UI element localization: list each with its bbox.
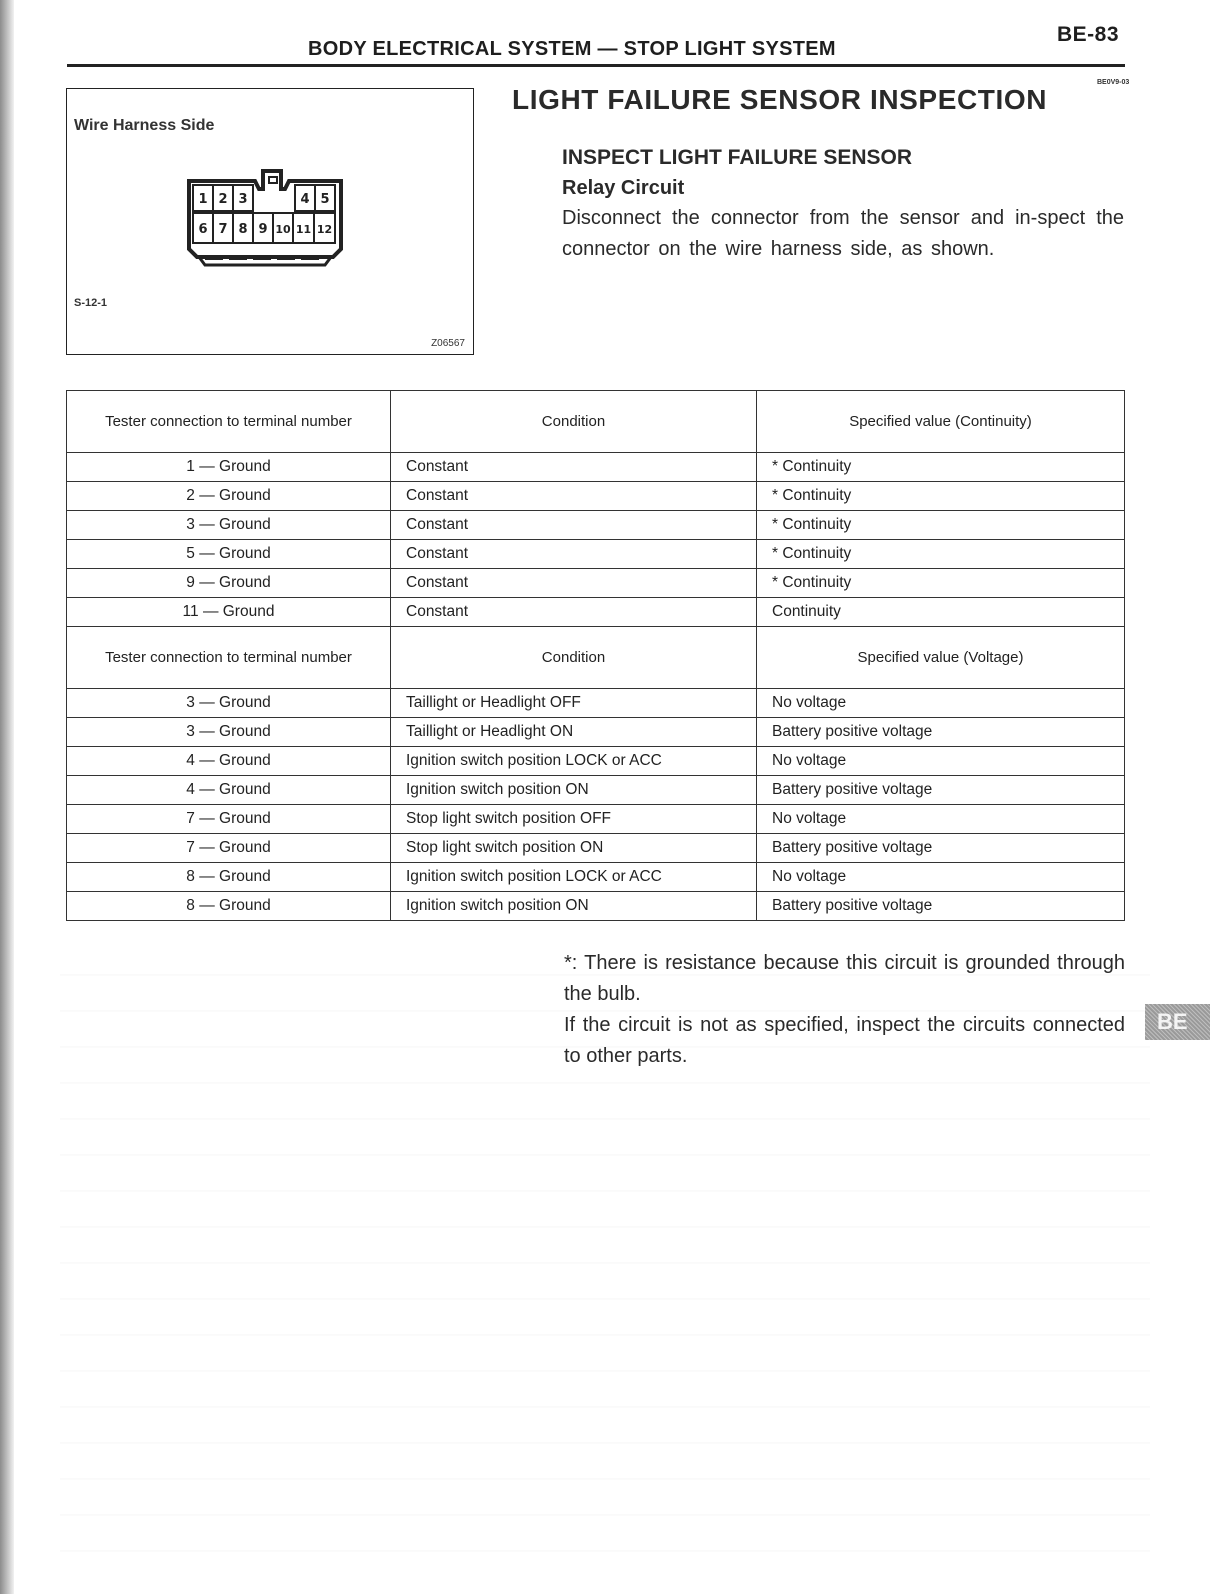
note-instruction: If the circuit is not as specified, insp… xyxy=(564,1010,1125,1072)
svg-text:10: 10 xyxy=(275,223,291,236)
notes: *: There is resistance because this circ… xyxy=(564,948,1125,1072)
terminal-cell: 4 — Ground xyxy=(67,776,391,805)
terminal-cell: 11 — Ground xyxy=(67,598,391,627)
instructions-text: Disconnect the connector from the sensor… xyxy=(562,203,1124,264)
condition-cell: Constant xyxy=(391,569,757,598)
table-row: 7 — GroundStop light switch position OFF… xyxy=(67,805,1125,834)
specified-value-cell: Battery positive voltage xyxy=(757,892,1125,921)
table-row: 1 — GroundConstant* Continuity xyxy=(67,453,1125,482)
connector-diagram-icon: 123456789101112 xyxy=(185,169,345,269)
table-row: 8 — GroundIgnition switch position ONBat… xyxy=(67,892,1125,921)
main-title: LIGHT FAILURE SENSOR INSPECTION xyxy=(512,84,1047,116)
svg-text:4: 4 xyxy=(300,192,309,207)
figure-title: Wire Harness Side xyxy=(74,117,214,135)
svg-text:3: 3 xyxy=(238,192,247,207)
specified-value-cell: No voltage xyxy=(757,689,1125,718)
svg-text:12: 12 xyxy=(317,223,332,236)
book-spine-shadow xyxy=(0,0,14,1594)
terminal-cell: 3 — Ground xyxy=(67,511,391,540)
terminal-cell: 3 — Ground xyxy=(67,689,391,718)
terminal-cell: 8 — Ground xyxy=(67,892,391,921)
svg-text:8: 8 xyxy=(238,222,247,237)
page-number: BE-83 xyxy=(1057,23,1119,47)
table-header-row: Tester connection to terminal numberCond… xyxy=(67,391,1125,453)
figure-code: Z06567 xyxy=(431,338,465,349)
specified-value-cell: Continuity xyxy=(757,598,1125,627)
table-row: 4 — GroundIgnition switch position LOCK … xyxy=(67,747,1125,776)
specified-value-cell: * Continuity xyxy=(757,453,1125,482)
column-header: Specified value (Voltage) xyxy=(757,627,1125,689)
column-header: Specified value (Continuity) xyxy=(757,391,1125,453)
svg-text:6: 6 xyxy=(198,222,207,237)
terminal-cell: 5 — Ground xyxy=(67,540,391,569)
table-header-row: Tester connection to terminal numberCond… xyxy=(67,627,1125,689)
column-header: Tester connection to terminal number xyxy=(67,627,391,689)
column-header: Condition xyxy=(391,391,757,453)
table-row: 9 — GroundConstant* Continuity xyxy=(67,569,1125,598)
svg-text:5: 5 xyxy=(320,192,329,207)
svg-text:7: 7 xyxy=(218,222,227,237)
specified-value-cell: Battery positive voltage xyxy=(757,718,1125,747)
table-row: 3 — GroundTaillight or Headlight ONBatte… xyxy=(67,718,1125,747)
condition-cell: Stop light switch position OFF xyxy=(391,805,757,834)
terminal-cell: 7 — Ground xyxy=(67,805,391,834)
specified-value-cell: Battery positive voltage xyxy=(757,834,1125,863)
svg-text:9: 9 xyxy=(258,222,267,237)
table-row: 3 — GroundTaillight or Headlight OFFNo v… xyxy=(67,689,1125,718)
table-row: 5 — GroundConstant* Continuity xyxy=(67,540,1125,569)
specified-value-cell: * Continuity xyxy=(757,569,1125,598)
column-header: Tester connection to terminal number xyxy=(67,391,391,453)
terminal-cell: 8 — Ground xyxy=(67,863,391,892)
table-row: 2 — GroundConstant* Continuity xyxy=(67,482,1125,511)
condition-cell: Taillight or Headlight ON xyxy=(391,718,757,747)
figure-label: S-12-1 xyxy=(74,297,107,309)
table-row: 3 — GroundConstant* Continuity xyxy=(67,511,1125,540)
table-row: 7 — GroundStop light switch position ONB… xyxy=(67,834,1125,863)
specified-value-cell: * Continuity xyxy=(757,482,1125,511)
inspection-table: Tester connection to terminal numberCond… xyxy=(66,390,1125,921)
condition-cell: Stop light switch position ON xyxy=(391,834,757,863)
condition-cell: Constant xyxy=(391,511,757,540)
condition-cell: Constant xyxy=(391,598,757,627)
subtitle: INSPECT LIGHT FAILURE SENSOR xyxy=(562,146,912,170)
footnote: *: There is resistance because this circ… xyxy=(564,948,1125,1010)
table-row: 4 — GroundIgnition switch position ONBat… xyxy=(67,776,1125,805)
condition-cell: Constant xyxy=(391,482,757,511)
specified-value-cell: * Continuity xyxy=(757,540,1125,569)
section-title: BODY ELECTRICAL SYSTEM — STOP LIGHT SYST… xyxy=(308,38,836,61)
condition-cell: Ignition switch position LOCK or ACC xyxy=(391,863,757,892)
column-header: Condition xyxy=(391,627,757,689)
table-row: 8 — GroundIgnition switch position LOCK … xyxy=(67,863,1125,892)
condition-cell: Ignition switch position LOCK or ACC xyxy=(391,747,757,776)
specified-value-cell: Battery positive voltage xyxy=(757,776,1125,805)
terminal-cell: 1 — Ground xyxy=(67,453,391,482)
specified-value-cell: No voltage xyxy=(757,805,1125,834)
condition-cell: Ignition switch position ON xyxy=(391,776,757,805)
condition-cell: Ignition switch position ON xyxy=(391,892,757,921)
section-tab[interactable]: BE xyxy=(1145,1004,1210,1040)
terminal-cell: 7 — Ground xyxy=(67,834,391,863)
document-code: BE0V9-03 xyxy=(1097,79,1129,86)
specified-value-cell: No voltage xyxy=(757,747,1125,776)
svg-text:2: 2 xyxy=(218,192,227,207)
header-rule xyxy=(67,64,1125,67)
condition-cell: Constant xyxy=(391,540,757,569)
condition-cell: Taillight or Headlight OFF xyxy=(391,689,757,718)
condition-cell: Constant xyxy=(391,453,757,482)
specified-value-cell: * Continuity xyxy=(757,511,1125,540)
terminal-cell: 4 — Ground xyxy=(67,747,391,776)
sub-subtitle: Relay Circuit xyxy=(562,177,684,200)
terminal-cell: 9 — Ground xyxy=(67,569,391,598)
table-row: 11 — GroundConstantContinuity xyxy=(67,598,1125,627)
connector-figure: Wire Harness Side 123456789101112 S-12-1… xyxy=(66,88,474,355)
terminal-cell: 3 — Ground xyxy=(67,718,391,747)
terminal-cell: 2 — Ground xyxy=(67,482,391,511)
specified-value-cell: No voltage xyxy=(757,863,1125,892)
svg-text:11: 11 xyxy=(296,223,311,236)
svg-text:1: 1 xyxy=(198,192,207,207)
